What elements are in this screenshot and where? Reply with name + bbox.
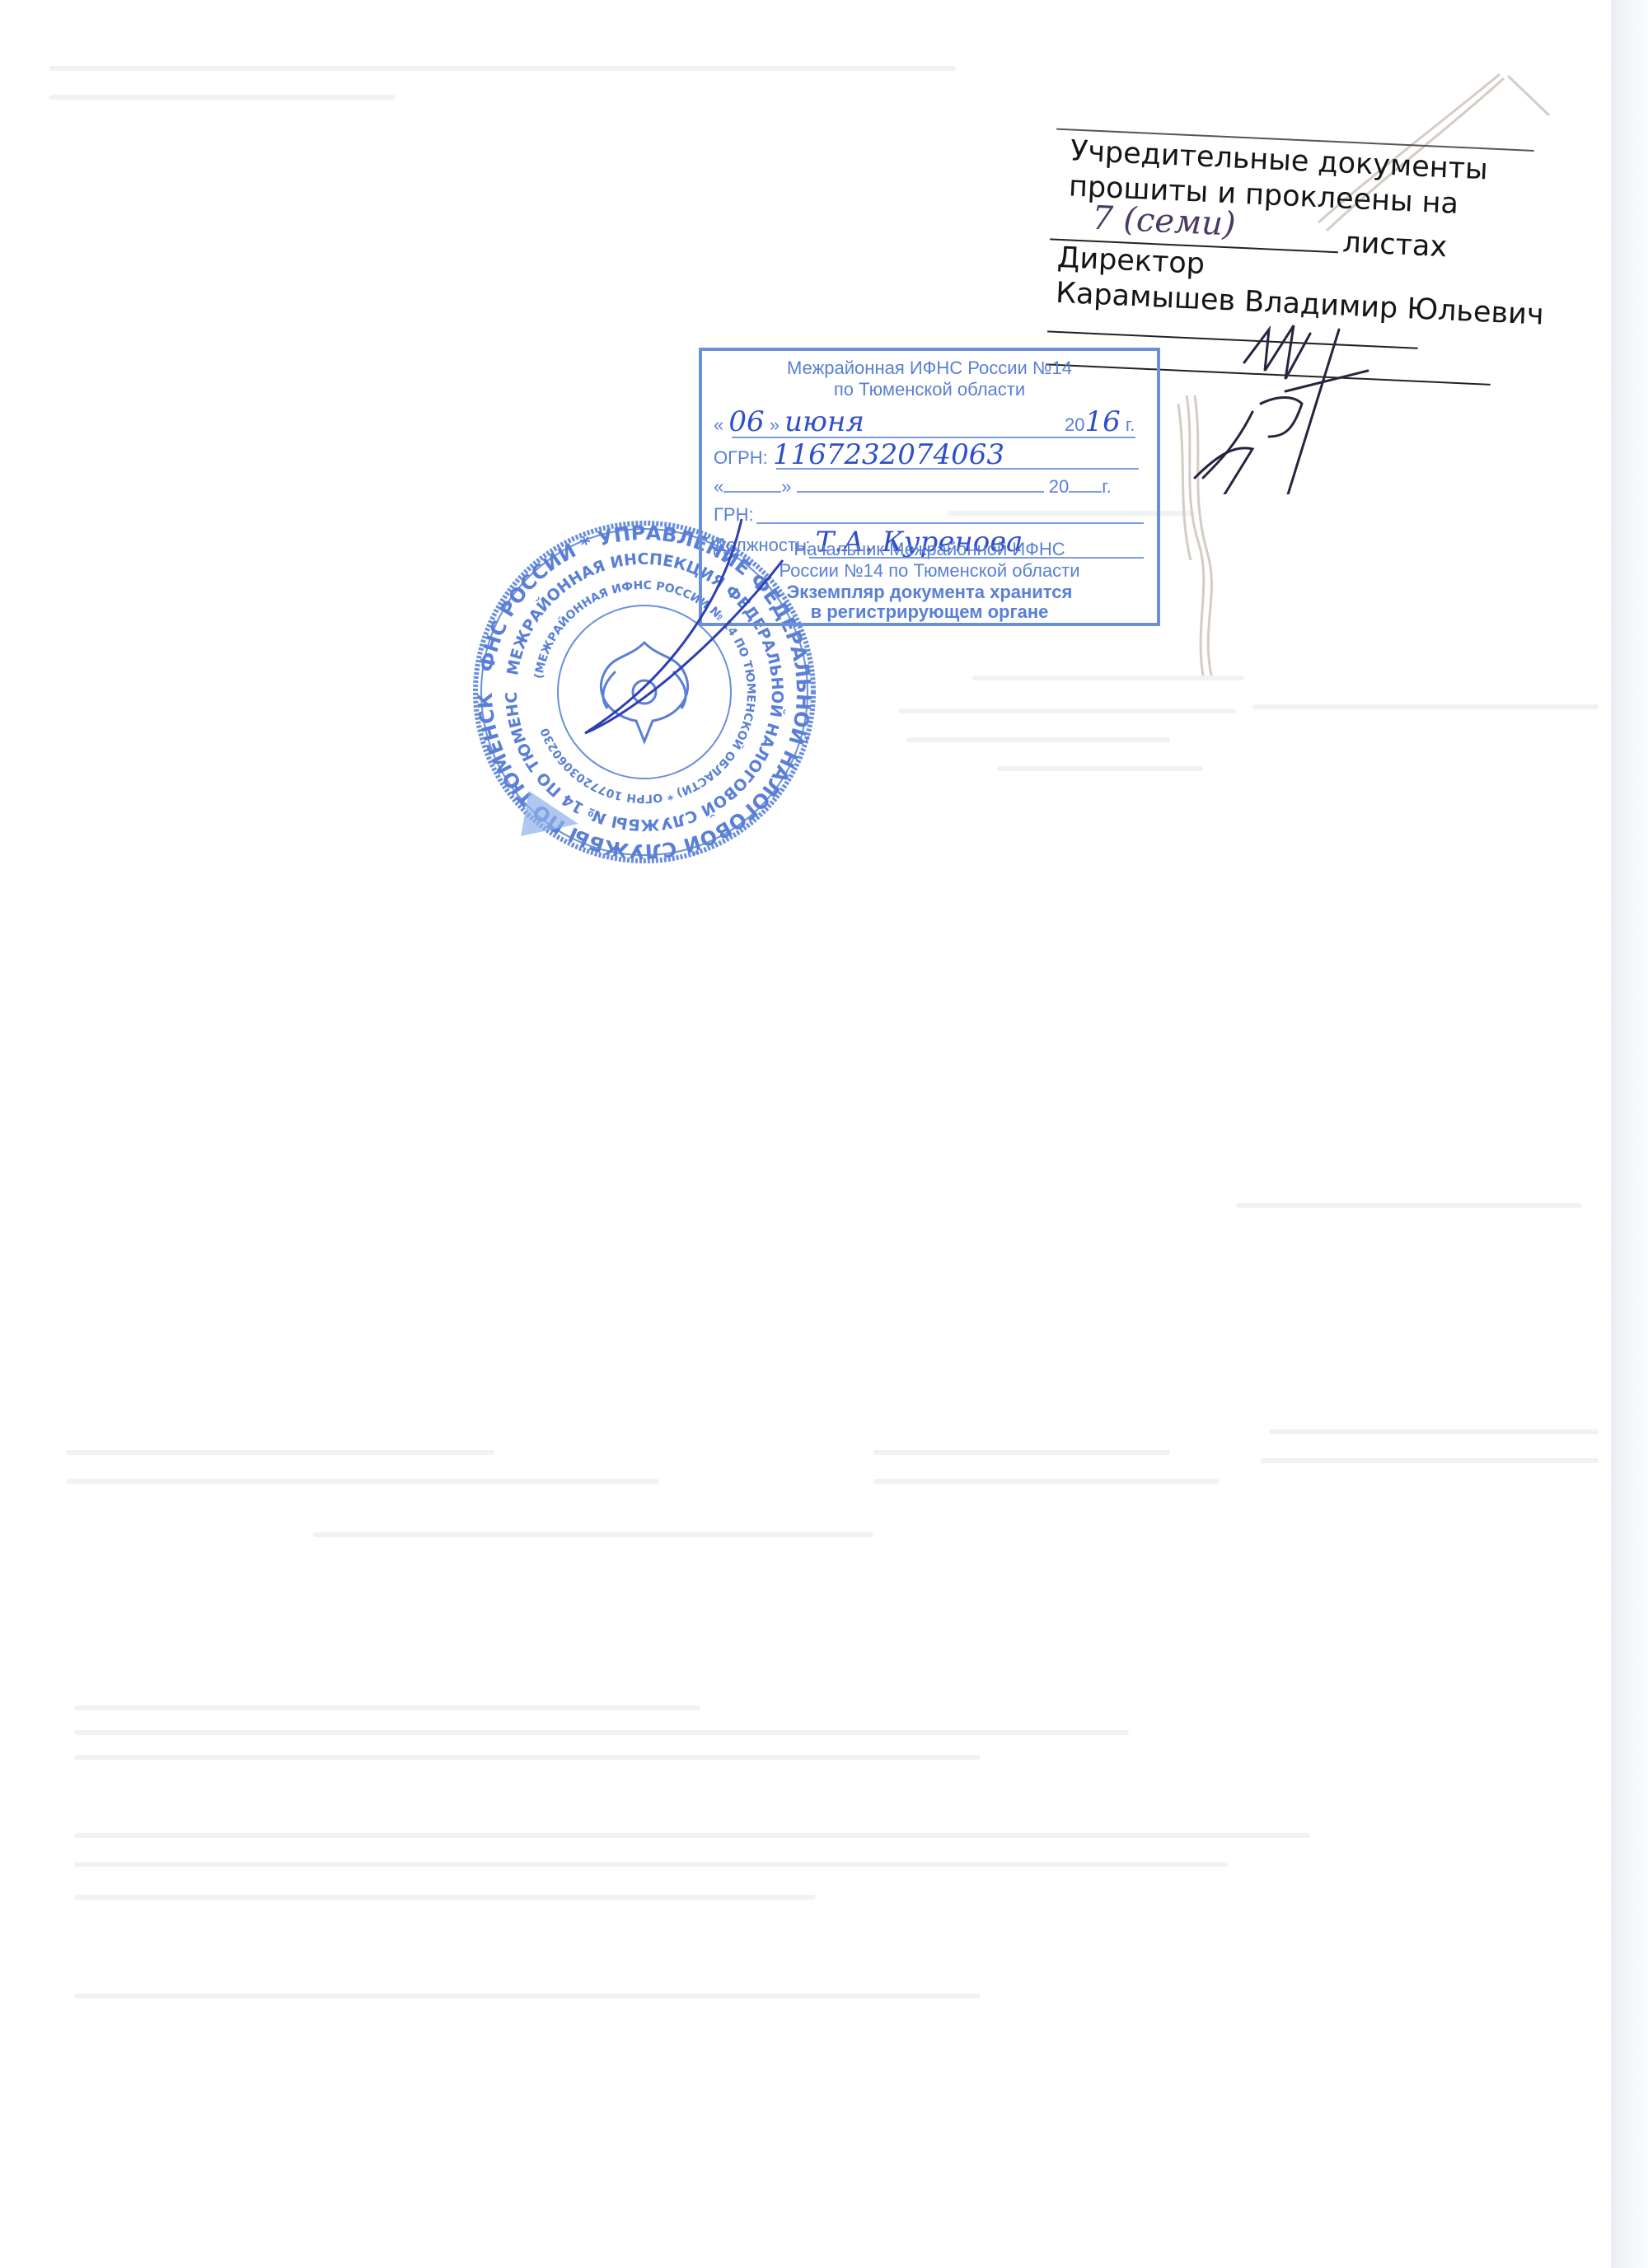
bleed-through-line [906, 737, 1170, 742]
sheets-word: листах [1341, 226, 1448, 266]
ogrn-value: 1167232074063 [773, 438, 1004, 471]
bleed-through-line [74, 1895, 816, 1900]
bleed-through-line [66, 1479, 659, 1484]
stamp-date-month: июня [784, 405, 864, 438]
stamp-authority-line-2: по Тюменской области [702, 379, 1157, 400]
stamp-grn-underline [756, 522, 1144, 524]
bleed-through-line [74, 1994, 981, 1999]
stamp-ogrn-row: ОГРН: 1167232074063 [714, 438, 1004, 471]
stamp-authority-line-1: Межрайонная ИФНС России №14 [702, 358, 1157, 379]
bleed-through-line [1269, 1429, 1599, 1434]
bleed-through-line [1236, 1203, 1582, 1208]
bleed-through-line [74, 1755, 981, 1760]
bleed-through-line [74, 1705, 700, 1710]
bleed-through-line [1252, 704, 1599, 709]
bleed-through-line [66, 1450, 494, 1455]
stamp-date-day: 06 [728, 405, 764, 438]
bleed-through-line [972, 676, 1244, 680]
stamp-blank-date-row: «» 20г. [714, 476, 1112, 498]
bleed-through-line [49, 66, 956, 71]
stamp-ogrn-underline [776, 468, 1139, 470]
bleed-through-line [873, 1450, 1170, 1455]
stamp-date-row: « 06 » июня [714, 405, 864, 438]
bleed-through-line [313, 1532, 873, 1537]
page-edge-shadow [1611, 0, 1648, 2268]
ogrn-label: ОГРН: [714, 447, 768, 468]
director-signature [1187, 313, 1401, 494]
bleed-through-line [898, 708, 1236, 713]
bleed-through-line [49, 95, 396, 100]
bleed-through-line [997, 766, 1203, 771]
handwritten-sheet-count: 7 (семи) [1091, 201, 1236, 243]
bleed-through-line [74, 1833, 1310, 1838]
bleed-through-line [74, 1862, 1228, 1867]
official-signature [577, 511, 791, 758]
bleed-through-line [1261, 1458, 1599, 1463]
stamp-date-year: 2016 г. [1065, 405, 1135, 438]
bleed-through-line [74, 1730, 1129, 1735]
bleed-through-line [873, 1479, 1220, 1484]
